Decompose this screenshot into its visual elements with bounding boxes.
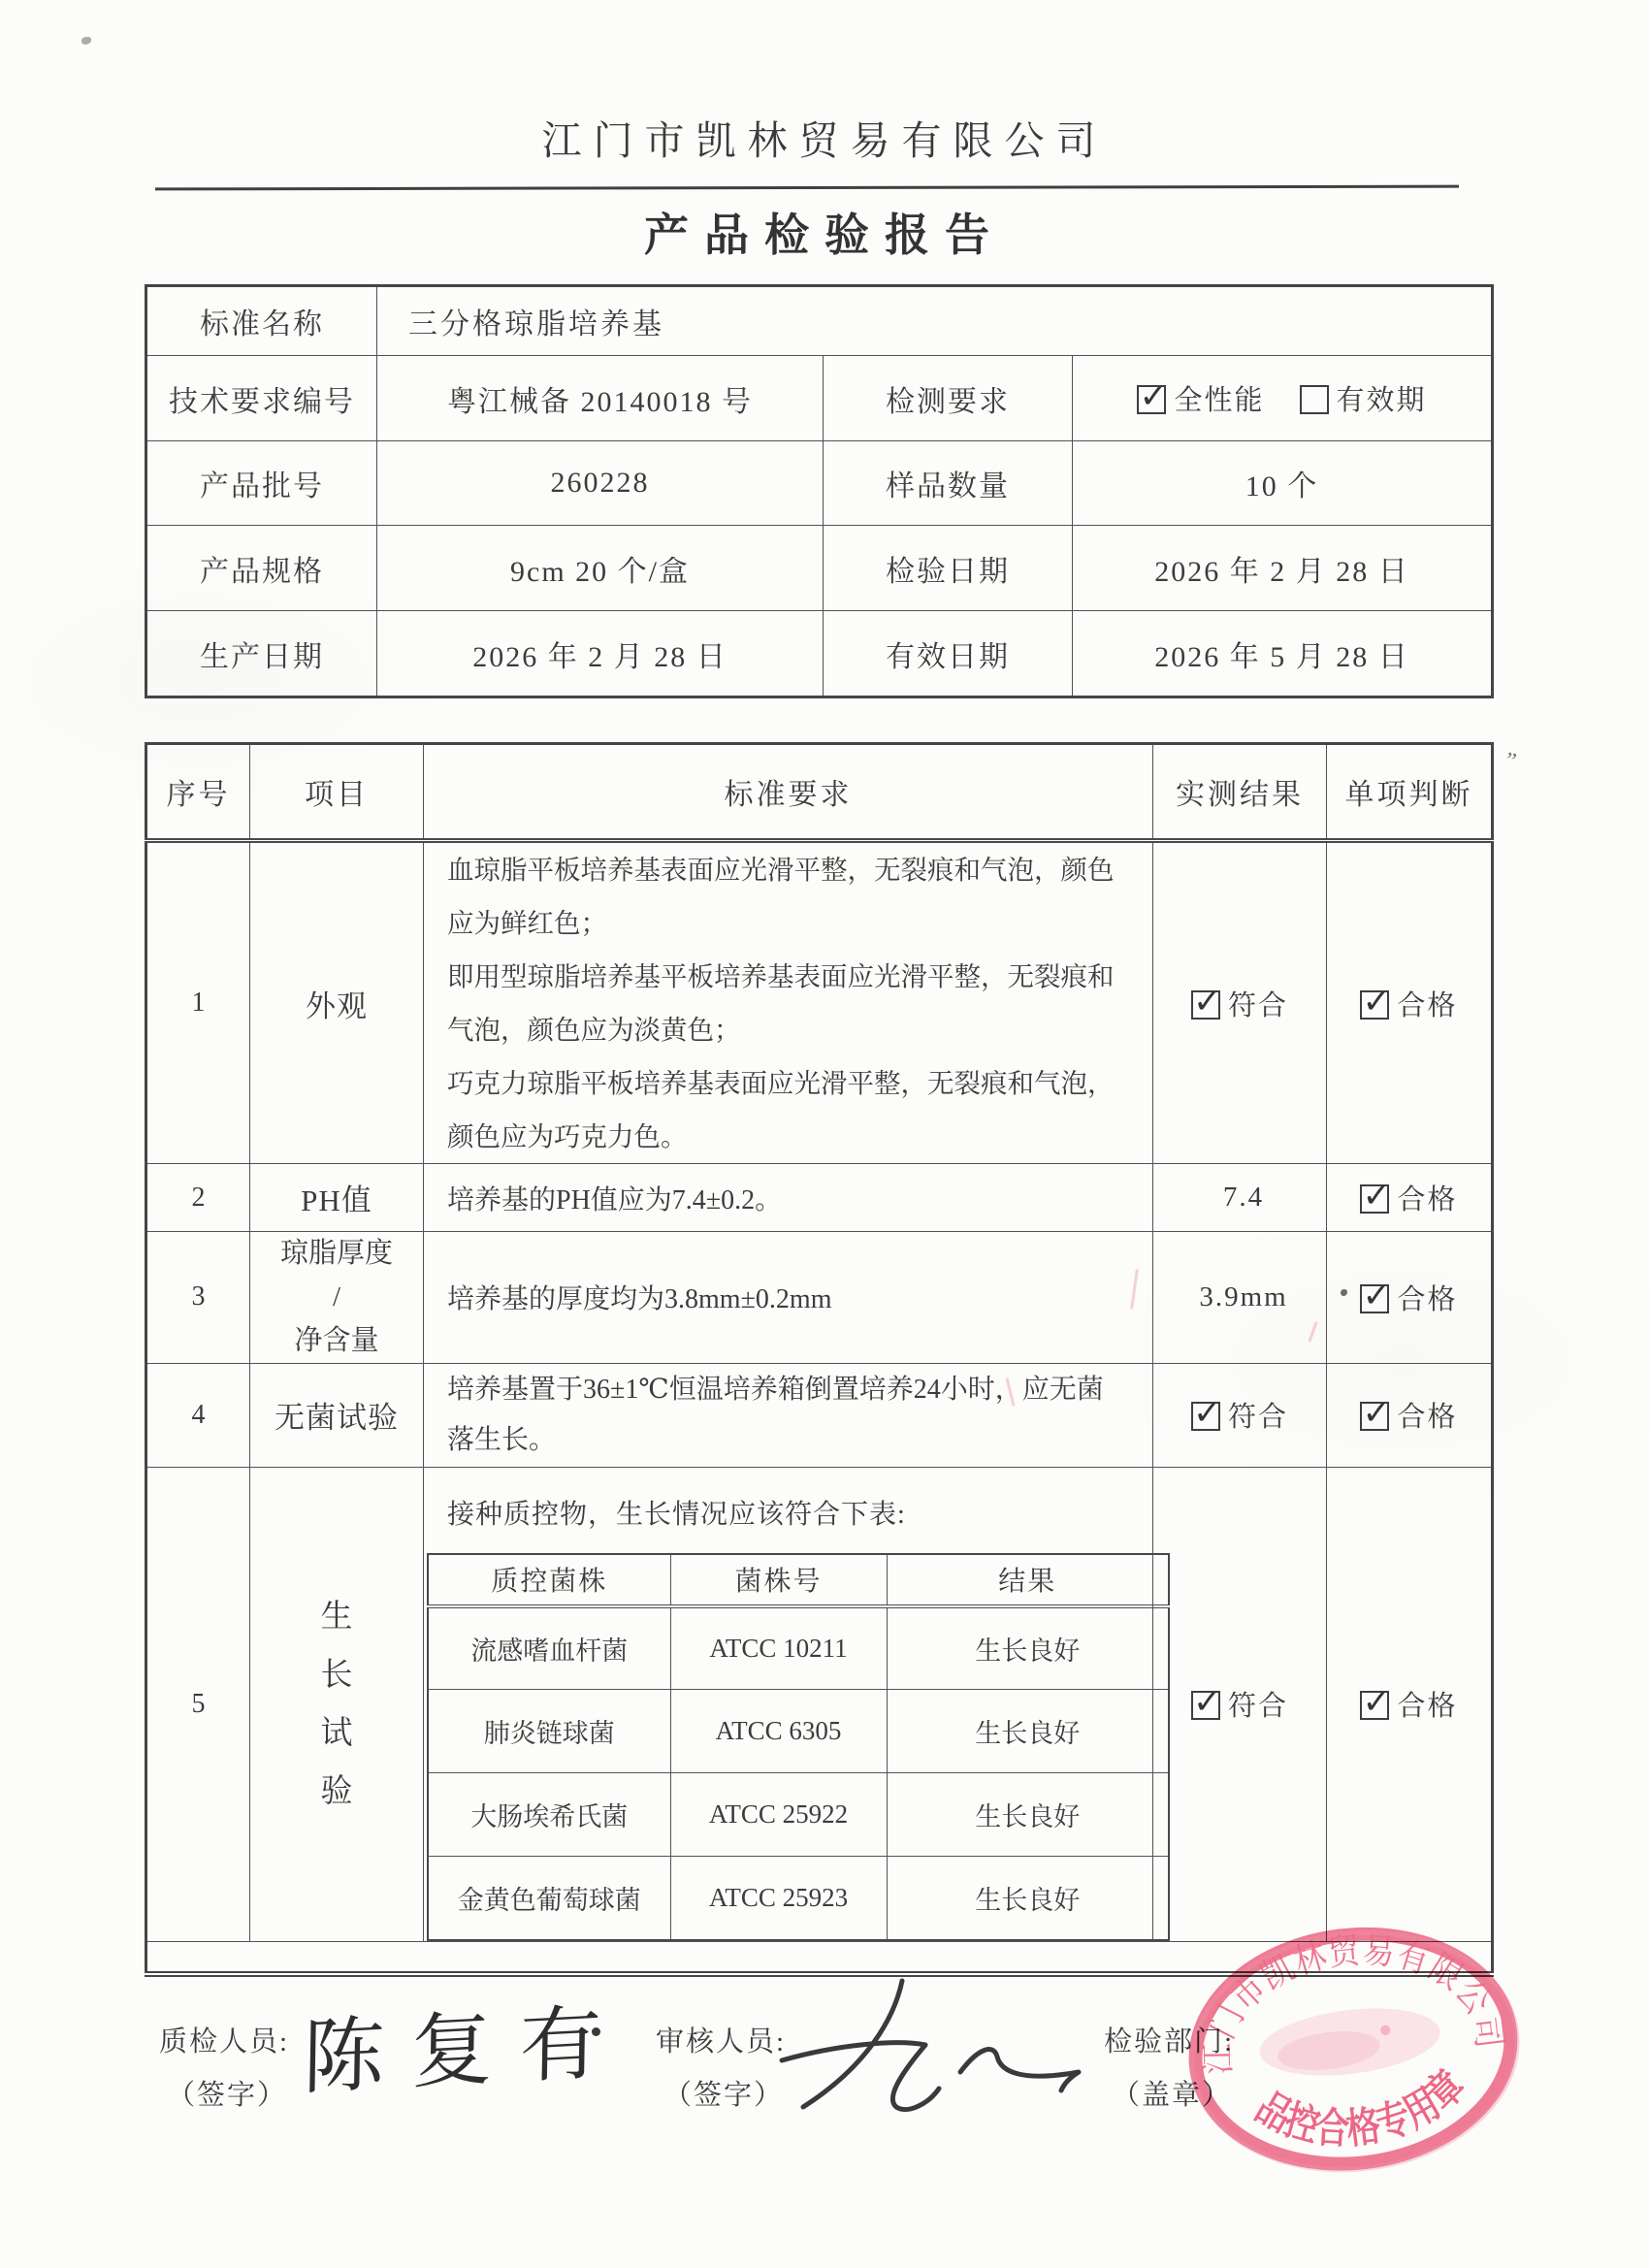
- result-row-thickness: 3 琼脂厚度 / 净含量 培养基的厚度均为3.8mm±0.2mm 3.9mm 合…: [146, 1232, 1493, 1364]
- tech-requirement-label: 技术要求编号: [146, 356, 377, 441]
- strain-cell: 生长良好: [887, 1606, 1169, 1690]
- strain-cell: ATCC 25923: [670, 1857, 887, 1940]
- checkbox-label: 7.4: [1223, 1182, 1264, 1213]
- inspection-report-page: 江门市凯林贸易有限公司 产品检验报告 标准名称 三分格琼脂培养基 技术要求编号 …: [0, 0, 1649, 2268]
- checkbox-checked-icon: [1360, 1184, 1389, 1214]
- strain-table: 质控菌株 菌株号 结果 流感嗜血杆菌ATCC 10211生长良好肺炎链球菌ATC…: [427, 1553, 1170, 1941]
- batch-label: 产品批号: [146, 441, 377, 526]
- checkbox-label: 合格: [1397, 1402, 1457, 1433]
- col-header-item: 项目: [250, 744, 424, 841]
- checkbox-option: 有效期: [1300, 384, 1427, 416]
- strain-row: 金黄色葡萄球菌ATCC 25923生长良好: [428, 1857, 1169, 1940]
- checkbox-checked-icon: [1191, 990, 1220, 1020]
- checkbox-option: 全性能: [1137, 384, 1264, 416]
- judgement-result: 合格: [1327, 841, 1493, 1164]
- checkbox-label: 符合: [1228, 990, 1288, 1021]
- sample-qty-label: 样品数量: [824, 441, 1073, 526]
- result-row-growth: 5 生长试验 接种质控物，生长情况应该符合下表: 质控菌株 菌株号 结果 流感嗜…: [146, 1467, 1493, 1941]
- reviewer-signature: [774, 1975, 1094, 2121]
- checkbox-checked-icon: [1360, 1402, 1389, 1431]
- judgement-result: 合格: [1327, 1363, 1493, 1467]
- judgement-result: 合格: [1327, 1232, 1493, 1364]
- product-info-table: 标准名称 三分格琼脂培养基 技术要求编号 粤江械备 20140018 号 检测要…: [145, 284, 1494, 698]
- company-seal-stamp: 江门市凯林贸易有限公司 品控合格专用章: [1145, 1899, 1562, 2206]
- strain-no-col-header: 菌株号: [670, 1554, 887, 1606]
- reviewer-block: 审核人员: （签字）: [656, 2020, 786, 2113]
- strain-result-col-header: 结果: [887, 1554, 1169, 1606]
- inspector-block: 质检人员: （签字）: [159, 2020, 289, 2113]
- measured-result: 7.4: [1153, 1164, 1327, 1232]
- result-row-appearance: 1 外观 血琼脂平板培养基表面应光滑平整，无裂痕和气泡，颜色 应为鲜红色； 即用…: [146, 841, 1493, 1164]
- measured-result: 符合: [1153, 1363, 1327, 1467]
- requirement-text: 培养基的厚度均为3.8mm±0.2mm: [424, 1232, 1153, 1364]
- strain-cell: 生长良好: [887, 1690, 1169, 1773]
- col-header-result: 实测结果: [1153, 744, 1327, 841]
- col-header-requirement: 标准要求: [424, 744, 1153, 841]
- row-no: 2: [146, 1164, 250, 1232]
- row-no: 4: [146, 1363, 250, 1467]
- judgement-result: 合格: [1327, 1467, 1493, 1941]
- inspector-sign-label: （签字）: [167, 2073, 289, 2113]
- tech-requirement-value: 粤江械备 20140018 号: [377, 356, 824, 441]
- strain-cell: ATCC 25922: [670, 1773, 887, 1857]
- strain-cell: 金黄色葡萄球菌: [428, 1857, 670, 1940]
- strain-cell: 大肠埃希氏菌: [428, 1773, 670, 1857]
- requirement-text: 血琼脂平板培养基表面应光滑平整，无裂痕和气泡，颜色 应为鲜红色； 即用型琼脂培养…: [424, 841, 1153, 1164]
- inspect-date-label: 检验日期: [824, 526, 1073, 611]
- checkbox-unchecked-icon: [1300, 385, 1329, 414]
- row-no: 1: [146, 841, 250, 1164]
- strain-cell: ATCC 10211: [670, 1606, 887, 1690]
- checkbox-label: 合格: [1397, 990, 1457, 1021]
- judgement-checkbox-wrap: 合格: [1360, 1285, 1457, 1315]
- requirement-text: 培养基的PH值应为7.4±0.2。: [424, 1164, 1153, 1232]
- inspection-result-table: 序号 项目 标准要求 实测结果 单项判断 1 外观 血琼脂平板培养基表面应光滑平…: [145, 742, 1494, 1977]
- item-name: 外观: [250, 841, 424, 1164]
- report-title: 产品检验报告: [0, 200, 1649, 264]
- detect-requirement-label: 检测要求: [824, 356, 1073, 441]
- production-date-value: 2026 年 2 月 28 日: [377, 611, 824, 697]
- vertical-item-label: 生长试验: [318, 1588, 355, 1821]
- reviewer-sign-label: （签字）: [663, 2073, 786, 2113]
- scan-speck: [81, 37, 91, 45]
- production-date-label: 生产日期: [146, 611, 377, 697]
- strain-cell: 生长良好: [887, 1857, 1169, 1940]
- info-row-tech-requirement: 技术要求编号 粤江械备 20140018 号 检测要求 全性能有效期: [146, 356, 1493, 441]
- info-row-spec: 产品规格 9cm 20 个/盒 检验日期 2026 年 2 月 28 日: [146, 526, 1493, 611]
- inspector-signature: 陈复有: [302, 1976, 630, 2111]
- ink-speck: ”: [1503, 748, 1518, 776]
- checkbox-checked-icon: [1360, 1284, 1389, 1313]
- strain-cell: 流感嗜血杆菌: [428, 1606, 670, 1690]
- checkbox-label: 全性能: [1174, 385, 1264, 416]
- spec-value: 9cm 20 个/盒: [377, 526, 824, 611]
- checkbox-label: 合格: [1397, 1284, 1457, 1315]
- item-name: 无菌试验: [250, 1363, 424, 1467]
- sample-qty-value: 10 个: [1073, 441, 1493, 526]
- judgement-result: 合格: [1327, 1164, 1493, 1232]
- strain-row: 大肠埃希氏菌ATCC 25922生长良好: [428, 1773, 1169, 1857]
- growth-intro-text: 接种质控物，生长情况应该符合下表:: [424, 1468, 1152, 1532]
- checkbox-label: 3.9mm: [1199, 1281, 1287, 1312]
- info-row-production-date: 生产日期 2026 年 2 月 28 日 有效日期 2026 年 5 月 28 …: [146, 611, 1493, 697]
- strain-cell: 生长良好: [887, 1773, 1169, 1857]
- standard-name-value: 三分格琼脂培养基: [377, 286, 1493, 356]
- ink-speck: [1341, 1289, 1347, 1296]
- checkbox-label: 合格: [1397, 1184, 1457, 1215]
- checkbox-label: 有效期: [1337, 385, 1427, 416]
- expiry-date-value: 2026 年 5 月 28 日: [1073, 611, 1493, 697]
- measured-result: 3.9mm: [1153, 1232, 1327, 1364]
- info-row-batch: 产品批号 260228 样品数量 10 个: [146, 441, 1493, 526]
- row-no: 3: [146, 1232, 250, 1364]
- strain-col-header: 质控菌株: [428, 1554, 670, 1606]
- result-row-ph: 2 PH值 培养基的PH值应为7.4±0.2。 7.4 合格: [146, 1164, 1493, 1232]
- checkbox-checked-icon: [1191, 1402, 1220, 1431]
- col-header-judgement: 单项判断: [1327, 744, 1493, 841]
- result-row-sterility: 4 无菌试验 培养基置于36±1℃恒温培养箱倒置培养24小时，应无菌 落生长。 …: [146, 1363, 1493, 1467]
- ink-dot: [592, 2027, 600, 2036]
- checkbox-label: 合格: [1397, 1691, 1457, 1722]
- checkbox-label: 符合: [1228, 1402, 1288, 1433]
- measured-result: 符合: [1153, 1467, 1327, 1941]
- standard-name-label: 标准名称: [146, 286, 377, 356]
- checkbox-checked-icon: [1191, 1691, 1220, 1720]
- inspector-label: 质检人员:: [159, 2020, 289, 2059]
- strain-cell: ATCC 6305: [670, 1690, 887, 1773]
- info-row-standard-name: 标准名称 三分格琼脂培养基: [146, 286, 1493, 356]
- requirement-text: 培养基置于36±1℃恒温培养箱倒置培养24小时，应无菌 落生长。: [424, 1363, 1153, 1467]
- item-name: 琼脂厚度 / 净含量: [250, 1232, 424, 1364]
- col-header-no: 序号: [146, 744, 250, 841]
- item-name: PH值: [250, 1164, 424, 1232]
- inspect-date-value: 2026 年 2 月 28 日: [1073, 526, 1493, 611]
- row-no: 5: [146, 1467, 250, 1941]
- reviewer-label: 审核人员:: [656, 2020, 786, 2059]
- item-name: 生长试验: [250, 1467, 424, 1941]
- company-name: 江门市凯林贸易有限公司: [0, 109, 1649, 166]
- requirement-cell: 接种质控物，生长情况应该符合下表: 质控菌株 菌株号 结果 流感嗜血杆菌ATCC…: [424, 1467, 1153, 1941]
- checkbox-checked-icon: [1360, 1691, 1389, 1720]
- checkbox-checked-icon: [1360, 990, 1389, 1020]
- result-header-row: 序号 项目 标准要求 实测结果 单项判断: [146, 744, 1493, 841]
- strain-cell: 肺炎链球菌: [428, 1690, 670, 1773]
- strain-row: 流感嗜血杆菌ATCC 10211生长良好: [428, 1606, 1169, 1690]
- expiry-date-label: 有效日期: [824, 611, 1073, 697]
- strain-row: 肺炎链球菌ATCC 6305生长良好: [428, 1690, 1169, 1773]
- checkbox-label: 符合: [1228, 1691, 1288, 1722]
- measured-result: 符合: [1153, 841, 1327, 1164]
- title-divider: [155, 185, 1459, 191]
- checkbox-checked-icon: [1137, 385, 1166, 414]
- strain-header-row: 质控菌株 菌株号 结果: [428, 1554, 1169, 1606]
- detect-requirement-options: 全性能有效期: [1073, 356, 1493, 441]
- spec-label: 产品规格: [146, 526, 377, 611]
- batch-value: 260228: [377, 441, 824, 526]
